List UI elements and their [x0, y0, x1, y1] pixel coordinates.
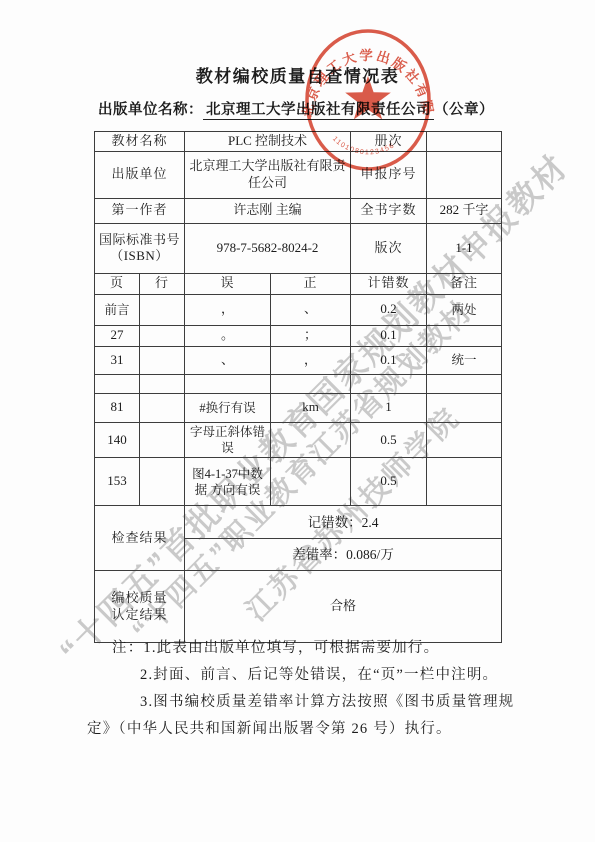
info-value: 北京理工大学出版社有限责任公司 [185, 151, 351, 198]
footnote-line: 2.封面、前言、后记等处错误，在“页”一栏中注明。 [140, 663, 498, 684]
cell-note: 统一 [427, 346, 502, 374]
cell-count: 0.5 [351, 422, 427, 458]
cell-wrong: #换行有误 [185, 393, 271, 422]
info-label: 册次 [351, 132, 427, 152]
error-header-row: 页 行 误 正 计错数 备注 [95, 273, 502, 294]
check-result-row: 检查结果 记错数：2.4 [95, 506, 502, 539]
column-header: 计错数 [351, 273, 427, 294]
cell-line [140, 374, 185, 393]
cell-wrong: 、 [185, 346, 271, 374]
info-value [427, 151, 502, 198]
column-header: 正 [271, 273, 351, 294]
error-row: 27 。 ； 0.1 [95, 325, 502, 346]
info-value: 许志刚 主编 [185, 198, 351, 223]
cell-count [351, 374, 427, 393]
publisher-line: 出版单位名称：北京理工大学出版社有限责任公司（公章） [98, 98, 494, 119]
error-row: 81 #换行有误 km 1 [95, 393, 502, 422]
info-value: 978-7-5682-8024-2 [185, 223, 351, 273]
page-title: 教材编校质量自查情况表 [0, 62, 595, 87]
cell-page: 153 [95, 458, 140, 506]
error-row: 153 图4-1-37中数据 方向有误 0.5 [95, 458, 502, 506]
footnote-line: 3.图书编校质量差错率计算方法按照《图书质量管理规 [140, 690, 514, 711]
cell-right [271, 458, 351, 506]
cell-right [271, 422, 351, 458]
cell-right [271, 374, 351, 393]
info-value: PLC 控制技术 [185, 132, 351, 152]
info-label: 全书字数 [351, 198, 427, 223]
info-row: 国际标准书号（ISBN） 978-7-5682-8024-2 版次 1-1 [95, 223, 502, 273]
publisher-suffix: （公章） [434, 102, 494, 118]
info-value: 282 千字 [427, 198, 502, 223]
column-header: 误 [185, 273, 271, 294]
check-result-label: 检查结果 [95, 506, 185, 571]
cell-page [95, 374, 140, 393]
quality-result-label: 编校质量认定结果 [95, 571, 185, 643]
cell-line [140, 325, 185, 346]
cell-line [140, 422, 185, 458]
error-row: 31 、 ， 0.1 统一 [95, 346, 502, 374]
cell-count: 0.5 [351, 458, 427, 506]
scanned-form-page: “十四五”首批职业教育国家规划教材申报教材 “十四五”职业教育江苏省规划教材 江… [0, 0, 595, 842]
cell-count: 0.2 [351, 294, 427, 325]
info-row: 出版单位 北京理工大学出版社有限责任公司 申报序号 [95, 151, 502, 198]
cell-count: 1 [351, 393, 427, 422]
cell-page: 27 [95, 325, 140, 346]
cell-right: ， [271, 346, 351, 374]
cell-note [427, 393, 502, 422]
info-label: 申报序号 [351, 151, 427, 198]
cell-right: 、 [271, 294, 351, 325]
info-row: 教材名称 PLC 控制技术 册次 [95, 132, 502, 152]
cell-right: km [271, 393, 351, 422]
cell-wrong: ， [185, 294, 271, 325]
info-label: 出版单位 [95, 151, 185, 198]
cell-wrong: 。 [185, 325, 271, 346]
error-row: 140 字母正斜体错误 0.5 [95, 422, 502, 458]
cell-line [140, 294, 185, 325]
info-label: 第一作者 [95, 198, 185, 223]
info-label: 国际标准书号（ISBN） [95, 223, 185, 273]
cell-wrong: 字母正斜体错误 [185, 422, 271, 458]
quality-result-row: 编校质量认定结果 合格 [95, 571, 502, 643]
column-header: 页 [95, 273, 140, 294]
cell-page: 81 [95, 393, 140, 422]
cell-note [427, 422, 502, 458]
cell-page: 31 [95, 346, 140, 374]
error-rate-value: 差错率：0.086/万 [185, 539, 502, 571]
form-table: 教材名称 PLC 控制技术 册次 出版单位 北京理工大学出版社有限责任公司 申报… [94, 131, 502, 643]
publisher-label: 出版单位名称： [98, 102, 203, 118]
footnote-line: 定》（中华人民共和国新闻出版署令第 26 号）执行。 [87, 717, 452, 738]
cell-note [427, 458, 502, 506]
quality-result-value: 合格 [185, 571, 502, 643]
cell-count: 0.1 [351, 346, 427, 374]
cell-wrong [185, 374, 271, 393]
info-label: 教材名称 [95, 132, 185, 152]
cell-line [140, 458, 185, 506]
cell-note [427, 325, 502, 346]
cell-wrong: 图4-1-37中数据 方向有误 [185, 458, 271, 506]
publisher-value: 北京理工大学出版社有限责任公司 [203, 102, 434, 120]
info-value: 1-1 [427, 223, 502, 273]
error-row: 前言 ， 、 0.2 两处 [95, 294, 502, 325]
cell-note: 两处 [427, 294, 502, 325]
cell-page: 140 [95, 422, 140, 458]
cell-line [140, 393, 185, 422]
cell-line [140, 346, 185, 374]
error-count-value: 记错数：2.4 [185, 506, 502, 539]
cell-note [427, 374, 502, 393]
column-header: 行 [140, 273, 185, 294]
info-value [427, 132, 502, 152]
cell-count: 0.1 [351, 325, 427, 346]
cell-right: ； [271, 325, 351, 346]
column-header: 备注 [427, 273, 502, 294]
footnote-line: 注：1.此表由出版单位填写，可根据需要加行。 [112, 636, 439, 657]
info-row: 第一作者 许志刚 主编 全书字数 282 千字 [95, 198, 502, 223]
cell-page: 前言 [95, 294, 140, 325]
info-label: 版次 [351, 223, 427, 273]
error-row-empty [95, 374, 502, 393]
